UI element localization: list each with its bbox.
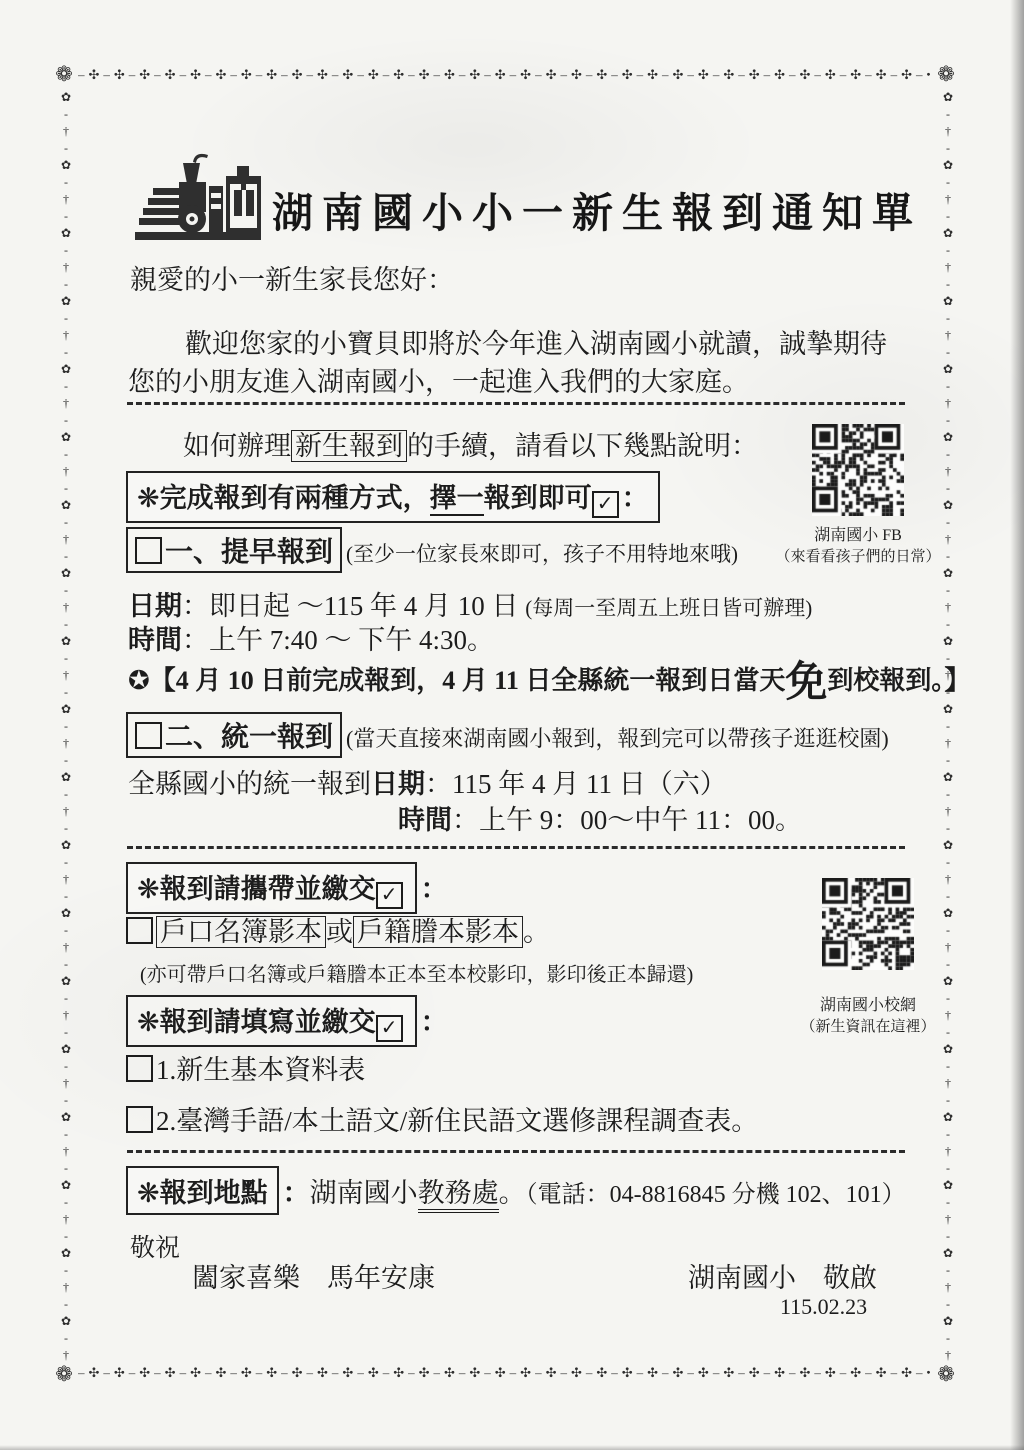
location-row: ❋報到地點 ：湖南國小教務處。（電話：04-8816845 分機 102、101…: [126, 1166, 906, 1215]
methods-heading-after: 報到即可: [484, 483, 592, 513]
howto-pre: 如何辦理: [183, 431, 291, 461]
unified-label: 二、統一報到: [165, 722, 333, 753]
bring-note: (亦可帶戶口名簿或戶籍謄本正本至本校影印，影印後正本歸還): [140, 958, 693, 987]
closing-blessing: 闔家喜樂 馬年安康: [192, 1260, 435, 1296]
bring-or: 或: [326, 917, 353, 947]
qr-code-fb: [812, 424, 904, 516]
qr-fb-caption-1: 湖南國小 FB: [758, 522, 958, 545]
asterisk-icon: ❋: [137, 1007, 160, 1038]
dashed-separator: [127, 402, 905, 405]
location-period: 。: [499, 1178, 526, 1208]
location-place-underlined: 教務處: [418, 1178, 499, 1213]
notice-big-char: 免: [785, 660, 827, 706]
qr-web-caption-2: （新生資訊在這裡）: [768, 1015, 968, 1036]
time-label: 時間: [398, 805, 452, 835]
early-label: 一、提早報到: [165, 537, 333, 568]
location-heading: 報到地點: [160, 1178, 268, 1208]
unified-date-line: 全縣國小的統一報到日期：115 年 4 月 11 日（六）: [128, 766, 727, 802]
dashed-separator: [127, 1150, 905, 1153]
fill-item-1: 1.新生基本資料表: [126, 1052, 365, 1088]
ornamental-border-bottom: –✣–✣–✣–✣–✣–✣–✣–✣–✣–✣–✣–✣–✣–✣–✣–✣–✣–✣–✣–✣…: [78, 1364, 930, 1384]
corner-flower-icon: ❁: [934, 1362, 958, 1386]
early-registration-box: 一、提早報到: [126, 527, 342, 573]
unified-time-line: 時間：上午 9：00～中午 11：00。: [398, 802, 802, 838]
fill-item-2: 2.臺灣手語/本土語文/新住民語文選修課程調查表。: [126, 1103, 758, 1139]
unified-date-pre: 全縣國小的統一報到: [128, 769, 371, 799]
asterisk-icon: ❋: [137, 483, 160, 514]
qr-web-caption-1: 湖南國小校網: [768, 992, 968, 1015]
closing-sender: 湖南國小 敬啟: [688, 1260, 877, 1296]
intro-line-1: 歡迎您家的小寶貝即將於今年進入湖南國小就讀，誠摯期待: [185, 326, 887, 362]
corner-flower-icon: ❁: [52, 1362, 76, 1386]
closing-date: 115.02.23: [780, 1294, 867, 1320]
asterisk-icon: ❋: [137, 874, 160, 905]
exemption-notice: ✪【4 月 10 日前完成報到，4 月 11 日全縣統一報到日當天免到校報到。】: [128, 660, 970, 697]
scan-shadow-right: [1010, 0, 1024, 1450]
date-label: 日期: [371, 769, 425, 799]
notice-before: 【4 月 10 日前完成報到，4 月 11 日全縣統一報到日當天: [150, 666, 786, 695]
school-train-logo-icon: [133, 146, 263, 258]
location-colon: ：: [283, 1178, 310, 1208]
closing-salute: 敬祝: [130, 1228, 180, 1264]
checkbox-empty-icon: [135, 537, 162, 564]
scan-shadow-bottom: [0, 1445, 1024, 1450]
scanned-notice-page: –✣–✣–✣–✣–✣–✣–✣–✣–✣–✣–✣–✣–✣–✣–✣–✣–✣–✣–✣–✣…: [0, 0, 1024, 1450]
bring-heading-colon: ：: [421, 874, 448, 904]
howto-post: 的手續，請看以下幾點說明：: [407, 431, 758, 461]
time-label: 時間: [128, 625, 182, 655]
location-phone: （電話：04-8816845 分機 102、101）: [526, 1182, 906, 1208]
fill-heading-box: ❋報到請填寫並繳交✓: [126, 995, 417, 1047]
greeting-line: 親愛的小一新生家長您好：: [130, 262, 454, 298]
fill-item-1-text: 1.新生基本資料表: [156, 1055, 365, 1085]
ornamental-border-top: –✣–✣–✣–✣–✣–✣–✣–✣–✣–✣–✣–✣–✣–✣–✣–✣–✣–✣–✣–✣…: [78, 66, 930, 86]
checkbox-checked-icon: ✓: [376, 1015, 403, 1042]
checkbox-checked-icon: ✓: [376, 882, 403, 909]
time-value: ：上午 7:40 ～ 下午 4:30。: [182, 625, 494, 655]
fill-heading: 報到請填寫並繳交: [160, 1007, 376, 1037]
early-registration-row: 一、提早報到 (至少一位家長來即可，孩子不用特地來哦): [126, 527, 738, 573]
star-badge-icon: ✪: [128, 666, 150, 696]
early-time-line: 時間：上午 7:40 ～ 下午 4:30。: [128, 622, 494, 658]
location-heading-box: ❋報到地點: [126, 1166, 279, 1215]
intro-line-2: 您的小朋友進入湖南國小，一起進入我們的大家庭。: [128, 364, 749, 400]
unified-note: (當天直接來湖南國小報到，報到完可以帶孩子逛逛校園): [346, 726, 889, 751]
ornamental-border-right: ✿-†-✿-†-✿-†-✿-†-✿-†-✿-†-✿-†-✿-†-✿-†-✿-†-…: [937, 90, 957, 1362]
unified-time-value: ：上午 9：00～中午 11：00。: [452, 805, 802, 835]
checkbox-checked-icon: ✓: [592, 491, 619, 518]
corner-flower-icon: ❁: [934, 62, 958, 86]
unified-date-value: ：115 年 4 月 11 日（六）: [425, 769, 727, 799]
bring-item-b: 戶籍謄本影本: [353, 916, 523, 948]
methods-heading-underlined: 擇一: [430, 483, 484, 516]
bring-heading-row: ❋報到請攜帶並繳交✓ ：: [126, 862, 448, 914]
unified-registration-box: 二、統一報到: [126, 712, 342, 758]
bring-item-line: 戶口名簿影本或戶籍謄本影本。: [126, 914, 550, 950]
checkbox-empty-icon: [135, 722, 162, 749]
early-note: (至少一位家長來即可，孩子不用特地來哦): [346, 542, 738, 566]
qr-code-website: [822, 878, 914, 970]
checkbox-empty-icon: [126, 917, 153, 944]
ornamental-border-left: ✿-†-✿-†-✿-†-✿-†-✿-†-✿-†-✿-†-✿-†-✿-†-✿-†-…: [55, 90, 75, 1362]
methods-heading-box: ❋完成報到有兩種方式，擇一報到即可✓：: [126, 471, 660, 523]
fill-item-2-text: 2.臺灣手語/本土語文/新住民語文選修課程調查表。: [156, 1106, 758, 1136]
early-date-line: 日期：即日起 ～115 年 4 月 10 日 (每周一至周五上班日皆可辦理): [128, 588, 812, 624]
howto-line: 如何辦理新生報到的手續，請看以下幾點說明：: [183, 428, 758, 464]
bring-heading: 報到請攜帶並繳交: [160, 874, 376, 904]
unified-registration-row: 二、統一報到 (當天直接來湖南國小報到，報到完可以帶孩子逛逛校園): [126, 712, 889, 758]
corner-flower-icon: ❁: [52, 62, 76, 86]
asterisk-icon: ❋: [137, 1178, 160, 1209]
checkbox-empty-icon: [126, 1055, 153, 1082]
checkbox-empty-icon: [126, 1106, 153, 1133]
fill-heading-colon: ：: [421, 1007, 448, 1037]
methods-heading-colon: ：: [622, 483, 649, 513]
howto-boxed-term: 新生報到: [291, 430, 407, 462]
date-label: 日期: [128, 591, 182, 621]
fill-heading-row: ❋報到請填寫並繳交✓ ：: [126, 995, 448, 1047]
bring-item-a: 戶口名簿影本: [156, 916, 326, 948]
methods-heading-before: 完成報到有兩種方式，: [160, 483, 430, 513]
page-title: 湖南國小小一新生報到通知單: [272, 180, 922, 239]
dashed-separator: [127, 846, 905, 849]
bring-heading-box: ❋報到請攜帶並繳交✓: [126, 862, 417, 914]
date-value: ：即日起 ～115 年 4 月 10 日: [182, 591, 525, 621]
location-place-pre: 湖南國小: [310, 1178, 418, 1208]
date-note: (每周一至周五上班日皆可辦理): [525, 596, 812, 620]
bring-period: 。: [523, 917, 550, 947]
notice-after: 到校報到。】: [827, 666, 970, 695]
qr-fb-caption-2: （來看看孩子們的日常）: [758, 545, 958, 566]
